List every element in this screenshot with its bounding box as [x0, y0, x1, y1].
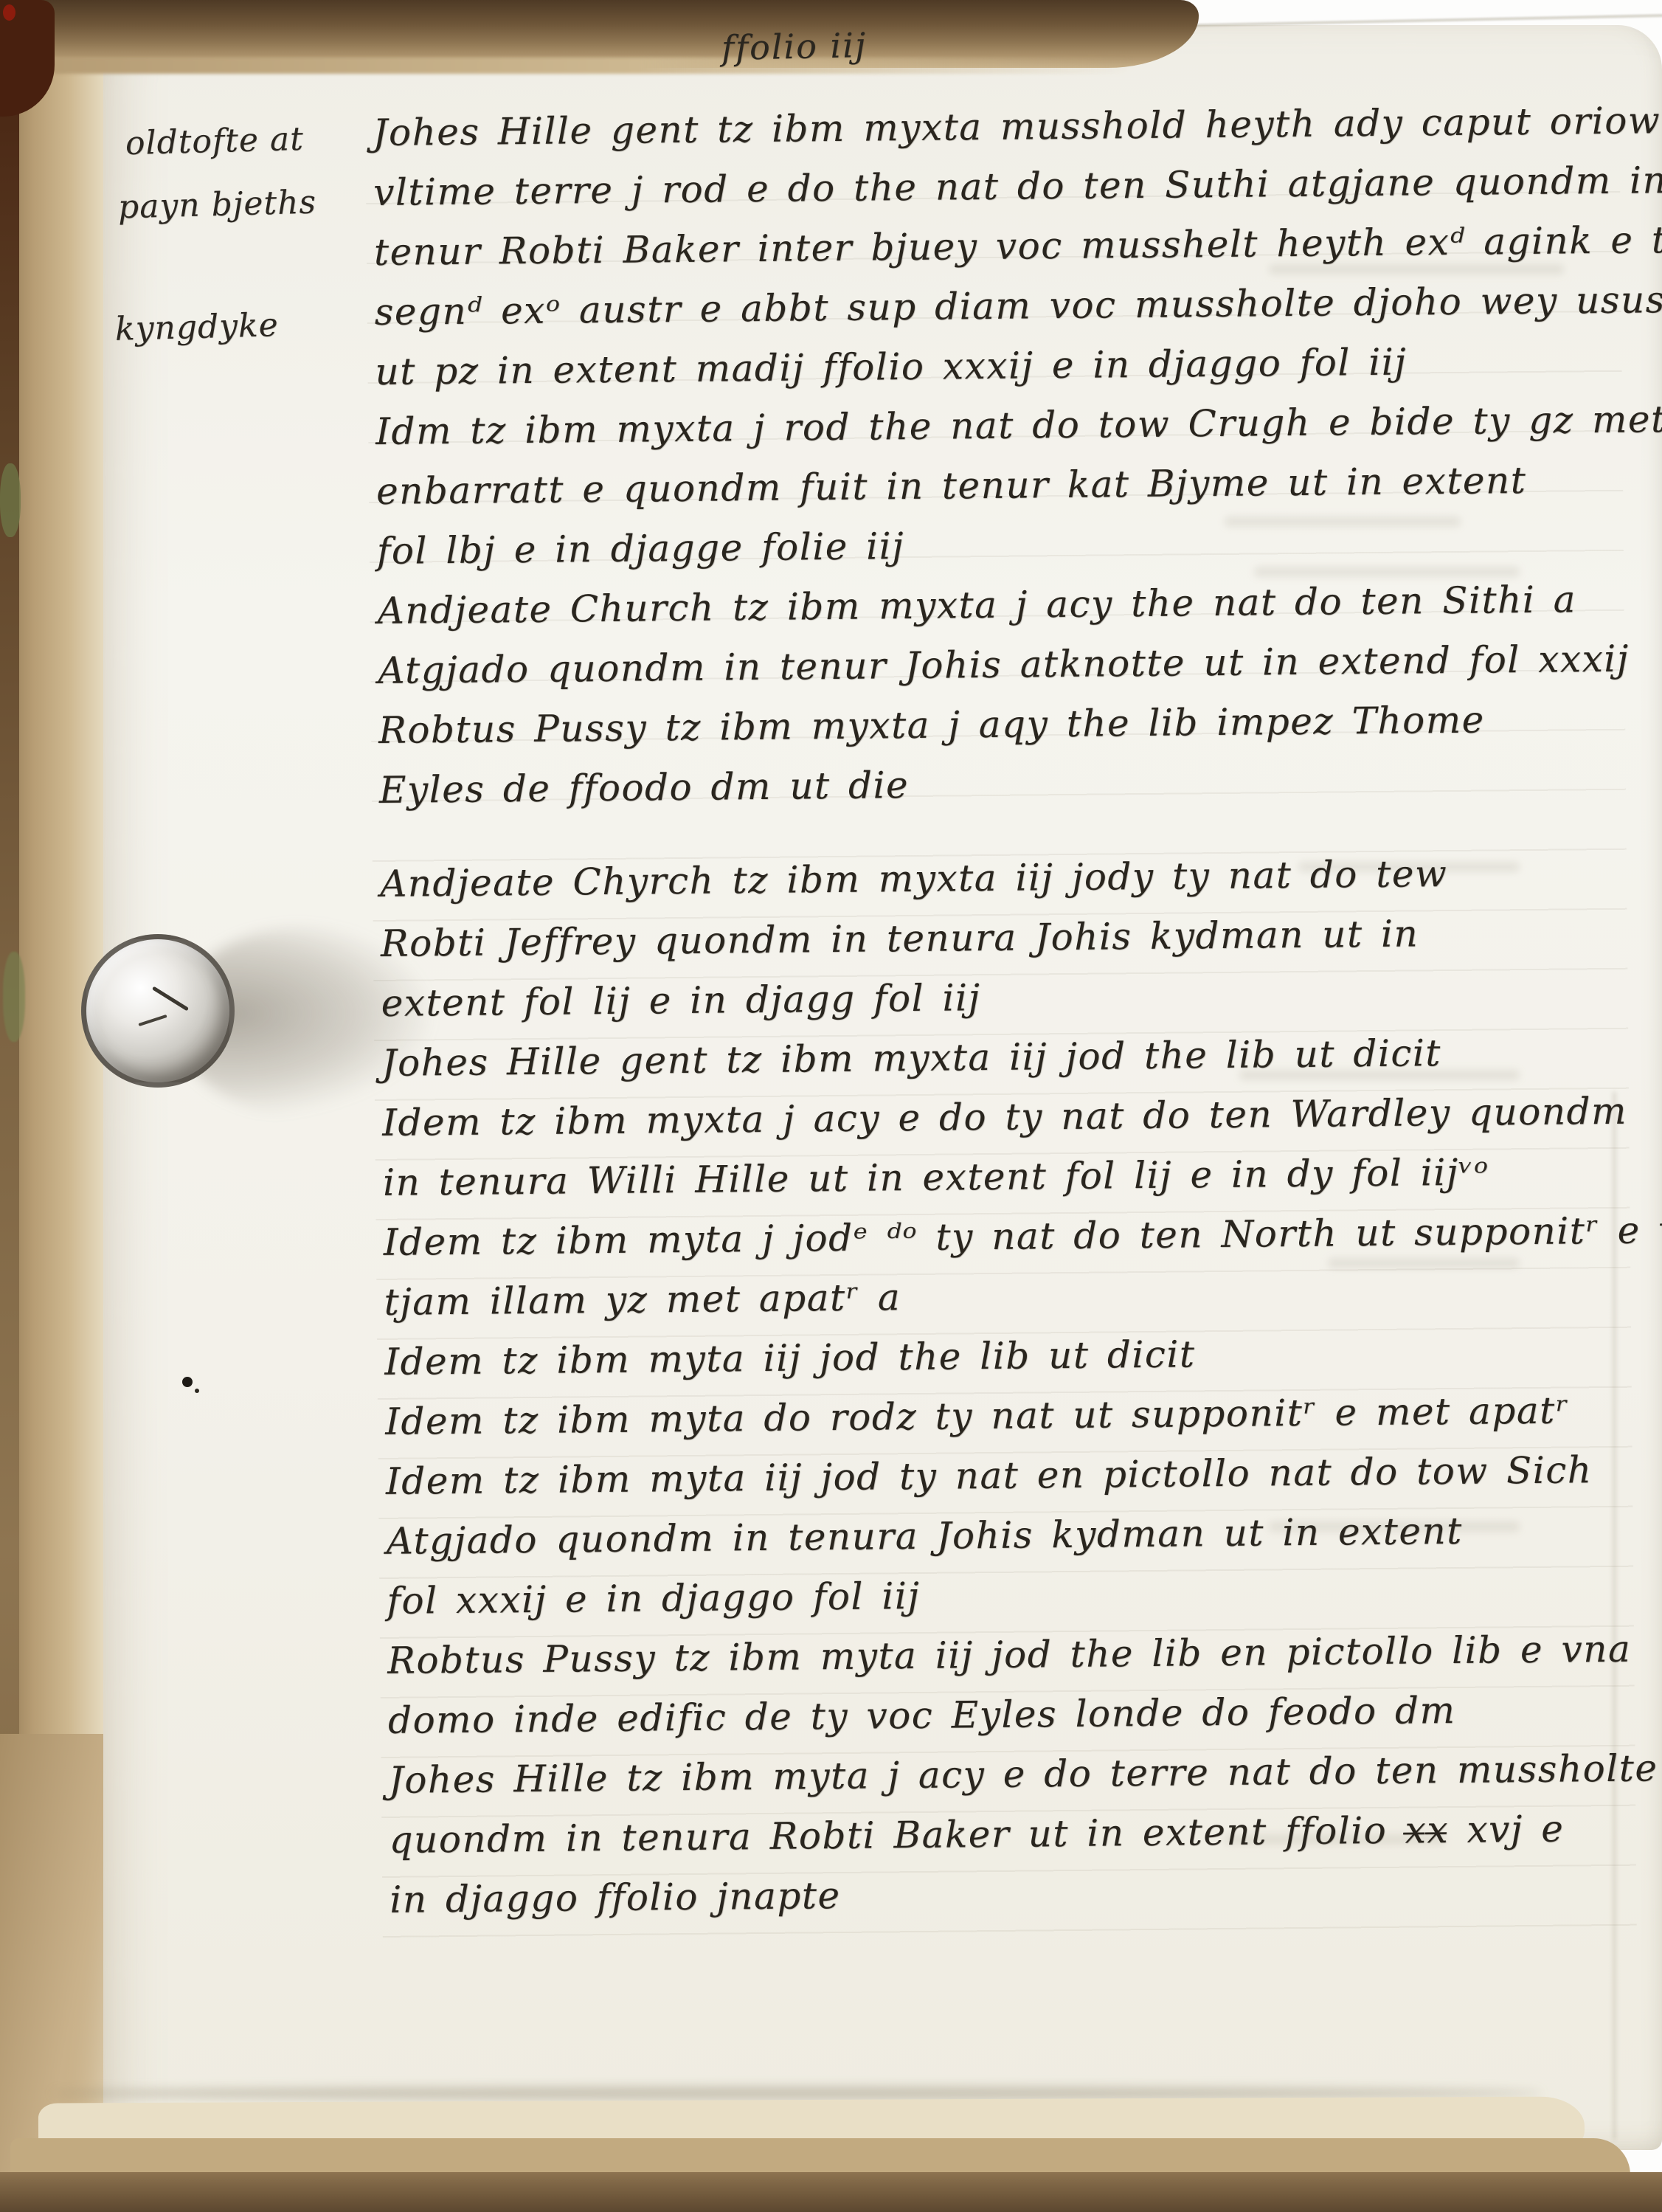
entry: Idem tz ibm myta iij jod ty nat en picto…	[386, 1440, 1634, 1631]
margin-note: payn bjeths	[117, 183, 316, 226]
leaf-edge-brown	[0, 2172, 1662, 2212]
entry: Idem tz ibm myta j jodᵉ ᵈᵒ ty nat do ten…	[383, 1201, 1630, 1333]
entry: Andjeate Chyrch tz ibm myxta iij jody ty…	[380, 843, 1628, 1034]
text-line: Eyles de ffoodo dm ut die	[379, 749, 1627, 820]
entry: Idem tz ibm myxta j acy e do ty nat do t…	[382, 1082, 1630, 1213]
binding-stud	[81, 934, 235, 1088]
stain-olive	[3, 952, 25, 1042]
stud-crack	[138, 1015, 167, 1026]
stain-olive	[0, 463, 21, 537]
margin-note: kyngdyke	[114, 306, 279, 348]
folio-number-header: ffolio iij	[721, 25, 867, 68]
entry: Andjeate Church tz ibm myxta j acy the n…	[377, 570, 1624, 701]
entry: Robtus Pussy tz ibm myxta j aqy the lib …	[378, 689, 1626, 820]
red-speck	[3, 4, 15, 21]
stud-crack	[152, 986, 189, 1012]
manuscript-text-block: Johes Hille gent tz ibm myxta musshold h…	[373, 91, 1637, 1930]
entry: Johes Hille gent tz ibm myxta musshold h…	[373, 91, 1622, 402]
entry: Robtus Pussy tz ibm myta iij jod the lib…	[387, 1620, 1637, 1930]
top-edge-highlight	[30, 58, 1136, 74]
ink-speck	[182, 1377, 193, 1387]
ink-speck	[195, 1389, 199, 1393]
manuscript-scan: ffolio iij oldtofte atpayn bjethskyngdyk…	[0, 0, 1662, 2212]
margin-note: oldtofte at	[125, 120, 304, 162]
entry: Idm tz ibm myxta j rod the nat do tow Cr…	[375, 390, 1624, 581]
text-line: in djaggo ffolio jnapte	[389, 1859, 1637, 1930]
